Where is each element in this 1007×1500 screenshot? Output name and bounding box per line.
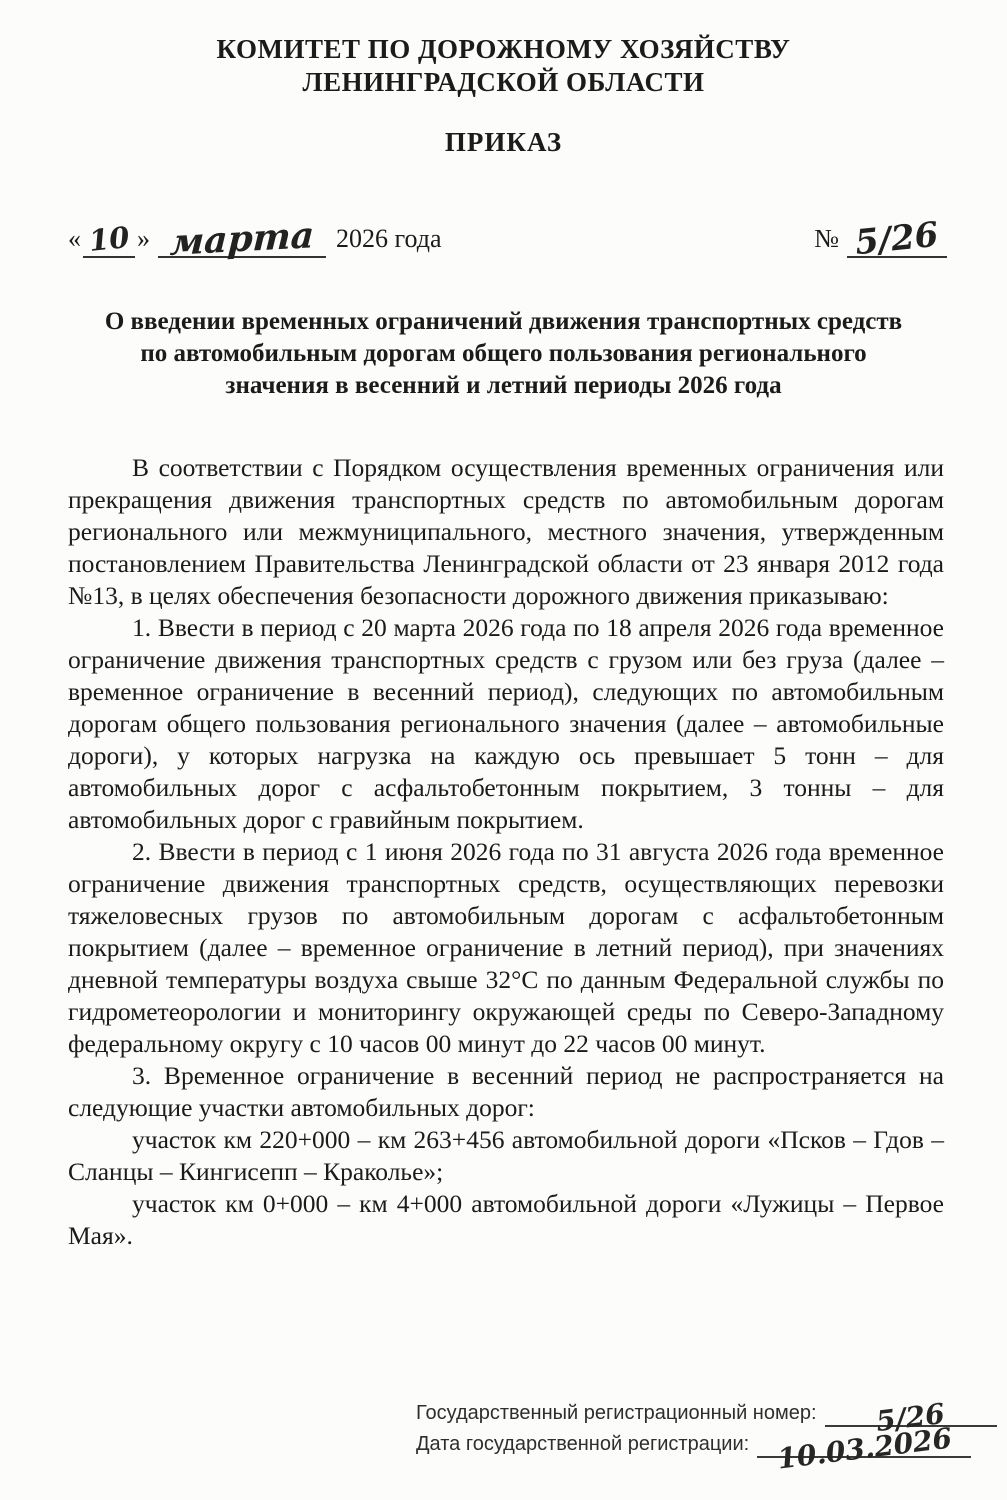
reg-number-label: Государственный регистрационный номер: xyxy=(416,1402,817,1427)
handwritten-reg-date: 10.03.2026 xyxy=(775,1421,953,1475)
org-name-line2: ЛЕНИНГРАДСКОЙ ОБЛАСТИ xyxy=(0,66,1007,99)
registration-date-row: Дата государственной регистрации: 10.03.… xyxy=(416,1427,997,1458)
handwritten-month: марта xyxy=(169,214,315,264)
open-quote: « xyxy=(68,224,81,258)
date-number-row: « 10 » марта 2026 года № 5/26 xyxy=(68,202,947,258)
year-text: 2026 года xyxy=(336,224,442,258)
paragraph-item-1: 1. Ввести в период с 20 марта 2026 года … xyxy=(68,612,944,836)
paragraph-preamble: В соответствии с Порядком осуществления … xyxy=(68,452,944,612)
handwritten-number-line: 5/26 xyxy=(847,216,947,258)
paragraph-item-3: 3. Временное ограничение в весенний пери… xyxy=(68,1060,944,1124)
registration-number-row: Государственный регистрационный номер: 5… xyxy=(416,1396,997,1427)
document-page: КОМИТЕТ ПО ДОРОЖНОМУ ХОЗЯЙСТВУ ЛЕНИНГРАД… xyxy=(0,0,1007,1500)
handwritten-day: 10 xyxy=(87,220,131,258)
handwritten-number: 5/26 xyxy=(853,215,940,263)
registration-block: Государственный регистрационный номер: 5… xyxy=(416,1396,997,1458)
org-name: КОМИТЕТ ПО ДОРОЖНОМУ ХОЗЯЙСТВУ ЛЕНИНГРАД… xyxy=(0,33,1007,99)
number-sign: № xyxy=(814,224,839,258)
handwritten-month-line: марта xyxy=(158,214,326,258)
doc-type-title: ПРИКАЗ xyxy=(0,127,1007,158)
document-title-line3: значения в весенний и летний периоды 202… xyxy=(0,370,1007,402)
document-body: В соответствии с Порядком осуществления … xyxy=(68,452,944,1252)
reg-date-line: 10.03.2026 xyxy=(757,1427,971,1458)
reg-number-line: 5/26 xyxy=(825,1396,997,1427)
org-name-line1: КОМИТЕТ ПО ДОРОЖНОМУ ХОЗЯЙСТВУ xyxy=(0,33,1007,66)
document-title: О введении временных ограничений движени… xyxy=(0,306,1007,402)
issue-date: « 10 » марта 2026 года xyxy=(68,214,442,258)
paragraph-road-section-2: участок км 0+000 – км 4+000 автомобильно… xyxy=(68,1188,944,1252)
paragraph-item-2: 2. Ввести в период с 1 июня 2026 года по… xyxy=(68,836,944,1060)
paragraph-road-section-1: участок км 220+000 – км 263+456 автомоби… xyxy=(68,1124,944,1188)
handwritten-day-line: 10 xyxy=(83,222,135,258)
document-title-line2: по автомобильным дорогам общего пользова… xyxy=(0,338,1007,370)
document-title-line1: О введении временных ограничений движени… xyxy=(0,306,1007,338)
doc-number: № 5/26 xyxy=(814,216,947,258)
close-quote: » xyxy=(137,224,150,258)
reg-date-label: Дата государственной регистрации: xyxy=(416,1433,749,1458)
